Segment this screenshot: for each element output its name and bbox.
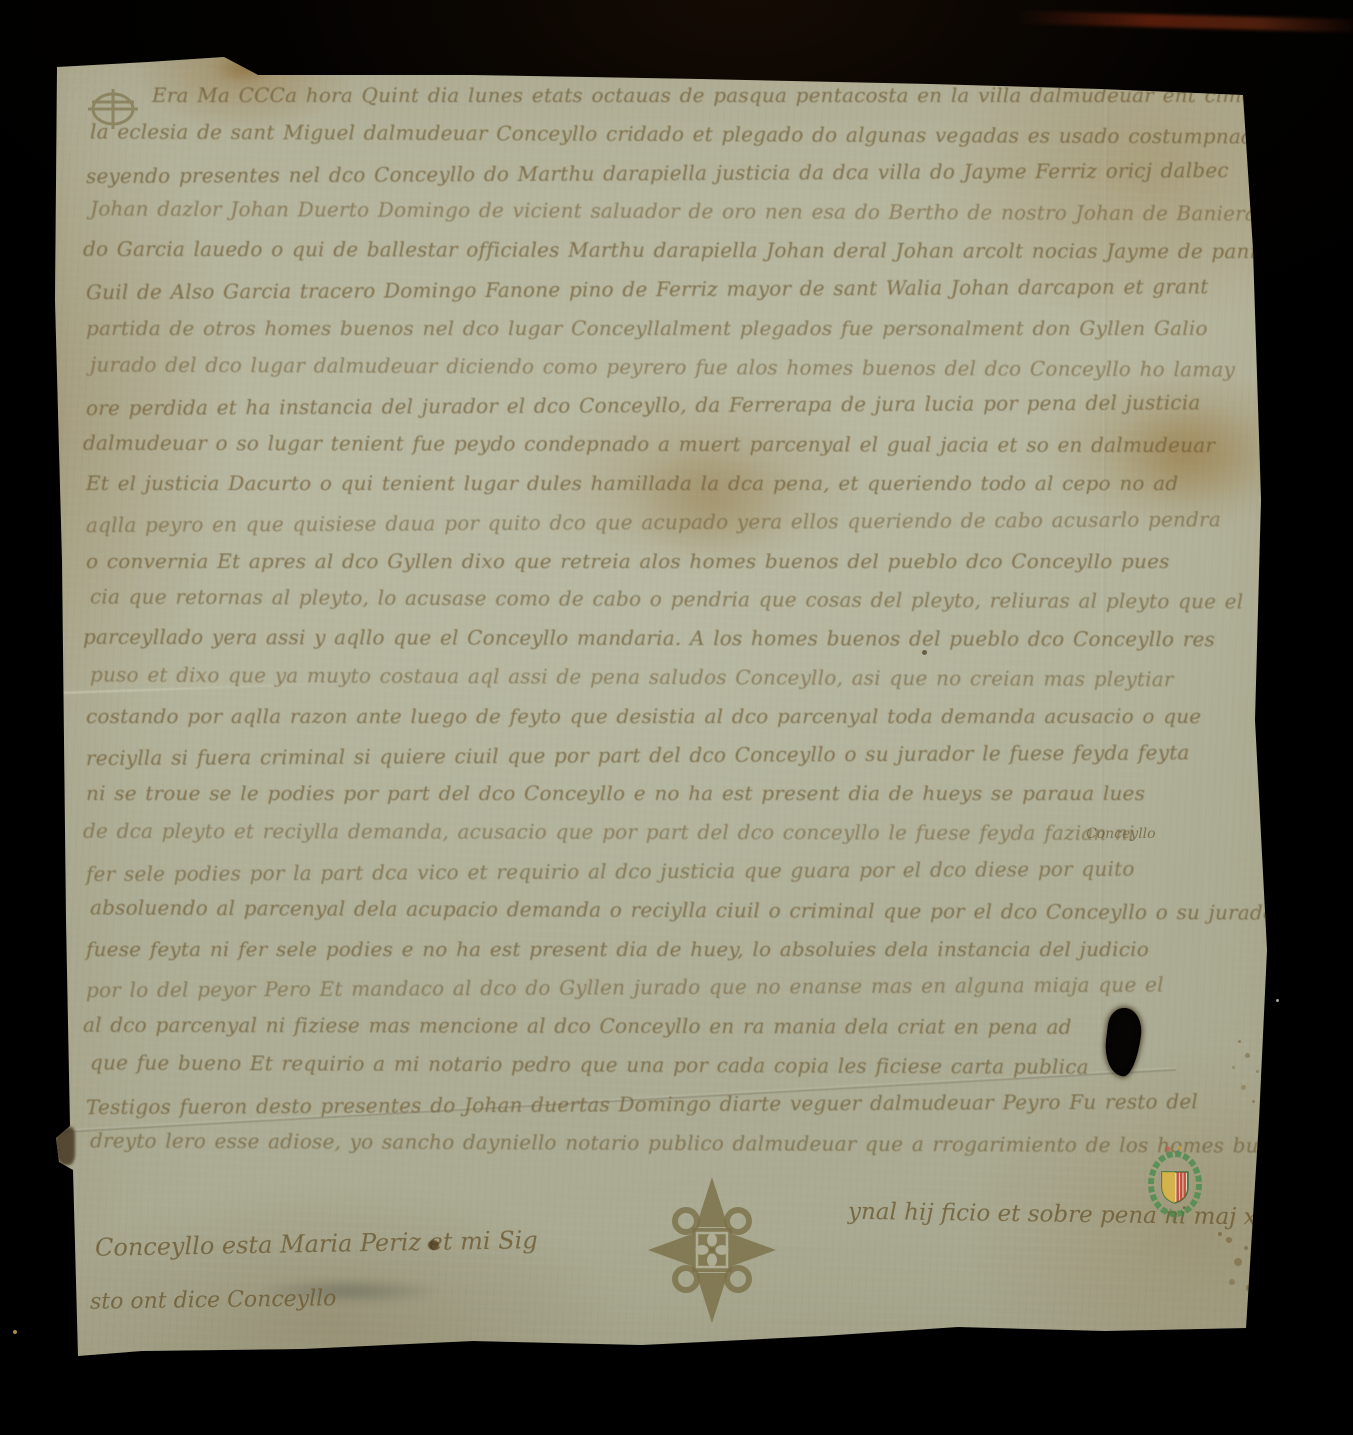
manuscript-text-line: aqlla peyro en que quisiese daua por qui…: [86, 500, 1271, 545]
speckle-cluster: [1238, 1040, 1241, 1043]
manuscript-text-line: por lo del peyor Pero Et mandaco al dco …: [86, 965, 1271, 1010]
manuscript-text-line: reciylla si fuera criminal si quiere ciu…: [86, 732, 1271, 777]
manuscript-text-line: Johan dazlor Johan Duerto Domingo de vic…: [90, 190, 1275, 234]
background-table-edge: [1015, 11, 1353, 33]
manuscript-text-line: al dco parcenyal ni fiziese mas mencione…: [83, 1006, 1268, 1047]
manuscript-text-line: costando por aqlla razon ante luego de f…: [86, 697, 1271, 736]
manuscript-text-line: fer sele podies por la part dca vico et …: [86, 849, 1271, 894]
manuscript-text-line: absoluendo al parcenyal dela acupacio de…: [90, 888, 1275, 932]
manuscript-text-line: la eclesia de sant Miguel dalmudeuar Con…: [90, 112, 1275, 156]
closing-line-right: ynal hij ficio et sobre pena ni maj xxj …: [848, 1199, 1311, 1231]
dark-speck: [922, 650, 927, 655]
manuscript-text-line: partida de otros homes buenos nel dco lu…: [86, 309, 1271, 348]
manuscript-text-line: ni se troue se le podies por part del dc…: [86, 774, 1271, 813]
manuscript-text-line: que fue bueno Et requirio a mi notario p…: [90, 1043, 1275, 1087]
left-edge-fold-tab: [55, 1127, 75, 1165]
manuscript-text-line: seyendo presentes nel dco Conceyllo do M…: [86, 150, 1271, 195]
notarial-sign-icon: [648, 1177, 776, 1323]
manuscript-text-line: fuese feyta ni fer sele podies e no ha e…: [86, 930, 1271, 969]
final-line: sto ont dice Conceyllo: [90, 1286, 337, 1314]
manuscript-text-line: Era Ma CCCa hora Quint dia lunes etats o…: [86, 76, 1271, 115]
manuscript-text-line: cia que retornas al pleyto, lo acusase c…: [90, 578, 1275, 622]
manuscript-text-line: Et el justicia Dacurto o qui tenient lug…: [86, 464, 1271, 503]
parchment-document: Era Ma CCCa hora Quint dia lunes etats o…: [0, 0, 1353, 1435]
manuscript-text-block: Era Ma CCCa hora Quint dia lunes etats o…: [86, 76, 1271, 1162]
manuscript-text-line: Testigos fueron desto presentes do Johan…: [86, 1082, 1271, 1127]
manuscript-text-line: parceyllado yera assi y aqllo que el Con…: [83, 618, 1268, 659]
interlinear-insertion: Conceyllo: [1086, 826, 1156, 842]
manuscript-text-line: jurado del dco lugar dalmudeuar diciendo…: [90, 345, 1275, 389]
manuscript-text-line: dalmudeuar o so lugar tenient fue peydo …: [83, 424, 1268, 465]
manuscript-text-line: Guil de Also Garcia tracero Domingo Fano…: [86, 267, 1271, 312]
archive-stamp-icon: [1140, 1142, 1210, 1226]
closing-line-left: Conceyllo esta Maria Periz et mi Sig: [95, 1226, 538, 1262]
photograph-background: Era Ma CCCa hora Quint dia lunes etats o…: [0, 0, 1353, 1435]
manuscript-text-line: o convernia Et apres al dco Gyllen dixo …: [86, 542, 1271, 581]
manuscript-text-line: do Garcia lauedo o qui de ballestar offi…: [83, 230, 1268, 271]
manuscript-text-line: dreyto lero esse adiose, yo sancho dayni…: [90, 1121, 1275, 1165]
manuscript-text-line: ore perdida et ha instancia del jurador …: [86, 383, 1271, 428]
dust-speck: [1276, 999, 1279, 1002]
ink-blot: [428, 1240, 439, 1250]
manuscript-text-line: puso et dixo que ya muyto costaua aql as…: [90, 655, 1275, 699]
dust-speck: [13, 1330, 17, 1334]
speckle-cluster: [1218, 1232, 1222, 1236]
